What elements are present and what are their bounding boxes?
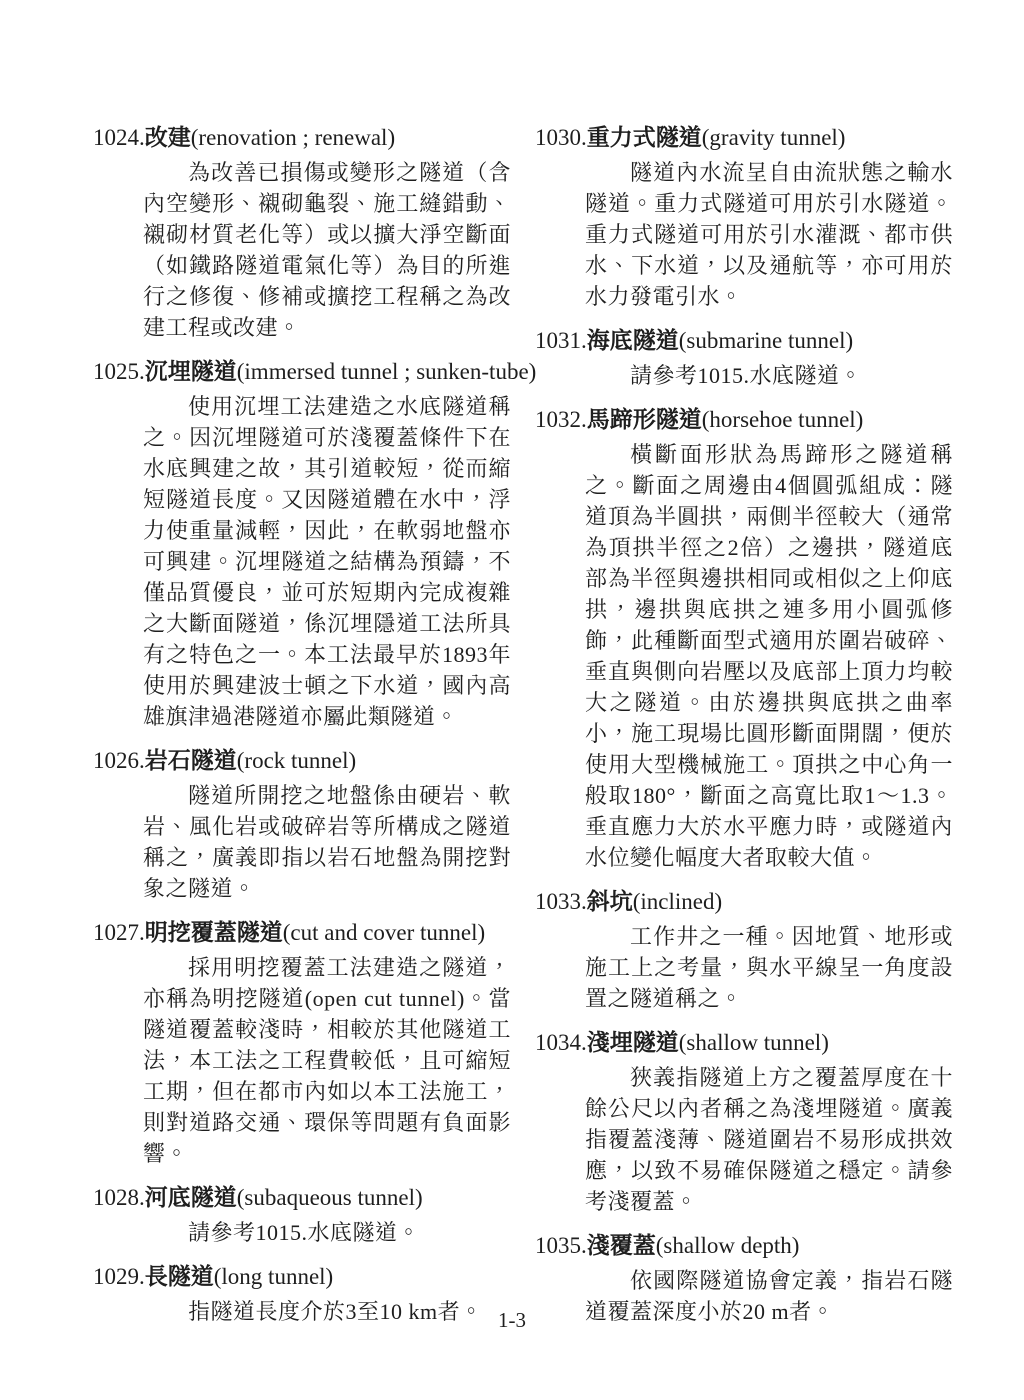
entry-number: 1026.: [93, 748, 145, 773]
entry-heading: 1026.岩石隧道(rock tunnel): [93, 745, 511, 777]
entry-term: 斜坑: [587, 889, 633, 914]
entry-term: 馬蹄形隧道: [587, 407, 702, 432]
entry-definition: 請參考1015.水底隧道。: [585, 360, 953, 391]
entry-term: 長隧道: [145, 1264, 214, 1289]
entry-english: (long tunnel): [214, 1264, 333, 1289]
glossary-entry-1030: 1030.重力式隧道(gravity tunnel) 隧道內水流呈自由流狀態之輸…: [535, 122, 953, 312]
glossary-page: 1024.改建(renovation ; renewal) 為改善已損傷或變形之…: [0, 0, 1024, 1400]
entry-number: 1034.: [535, 1030, 587, 1055]
entry-english: (shallow tunnel): [679, 1030, 829, 1055]
entry-definition: 為改善已損傷或變形之隧道（含內空變形、襯砌龜裂、施工縫錯動、襯砌材質老化等）或以…: [143, 157, 511, 343]
entry-number: 1033.: [535, 889, 587, 914]
glossary-entry-1033: 1033.斜坑(inclined) 工作井之一種。因地質、地形或施工上之考量，與…: [535, 886, 953, 1014]
glossary-entry-1034: 1034.淺埋隧道(shallow tunnel) 狹義指隧道上方之覆蓋厚度在十…: [535, 1027, 953, 1217]
glossary-entry-1031: 1031.海底隧道(submarine tunnel) 請參考1015.水底隧道…: [535, 325, 953, 391]
entry-definition: 採用明挖覆蓋工法建造之隧道，亦稱為明挖隧道(open cut tunnel)。當…: [143, 952, 511, 1169]
entry-heading: 1028.河底隧道(subaqueous tunnel): [93, 1182, 511, 1214]
entry-english: (submarine tunnel): [679, 328, 853, 353]
entry-heading: 1034.淺埋隧道(shallow tunnel): [535, 1027, 953, 1059]
entry-number: 1025.: [93, 359, 145, 384]
entry-term: 明挖覆蓋隧道: [145, 920, 283, 945]
entry-definition: 使用沉埋工法建造之水底隧道稱之。因沉埋隧道可於淺覆蓋條件下在水底興建之故，其引道…: [143, 391, 511, 732]
entry-heading: 1024.改建(renovation ; renewal): [93, 122, 511, 154]
glossary-entry-1032: 1032.馬蹄形隧道(horsehoe tunnel) 橫斷面形狀為馬蹄形之隧道…: [535, 404, 953, 873]
entry-heading: 1029.長隧道(long tunnel): [93, 1261, 511, 1293]
entry-english: (shallow depth): [656, 1233, 800, 1258]
entry-number: 1024.: [93, 125, 145, 150]
entry-term: 淺埋隧道: [587, 1030, 679, 1055]
glossary-entry-1024: 1024.改建(renovation ; renewal) 為改善已損傷或變形之…: [93, 122, 511, 343]
left-column: 1024.改建(renovation ; renewal) 為改善已損傷或變形之…: [93, 122, 511, 1340]
entry-term: 沉埋隧道: [145, 359, 237, 384]
entry-english: (rock tunnel): [237, 748, 356, 773]
entry-number: 1031.: [535, 328, 587, 353]
entry-definition: 狹義指隧道上方之覆蓋厚度在十餘公尺以內者稱之為淺埋隧道。廣義指覆蓋淺薄、隧道圍岩…: [585, 1062, 953, 1217]
glossary-entry-1028: 1028.河底隧道(subaqueous tunnel) 請參考1015.水底隧…: [93, 1182, 511, 1248]
entry-term: 重力式隧道: [587, 125, 702, 150]
entry-definition: 請參考1015.水底隧道。: [143, 1217, 511, 1248]
right-column: 1030.重力式隧道(gravity tunnel) 隧道內水流呈自由流狀態之輸…: [535, 122, 953, 1340]
glossary-entry-1026: 1026.岩石隧道(rock tunnel) 隧道所開挖之地盤係由硬岩、軟岩、風…: [93, 745, 511, 904]
glossary-entry-1025: 1025.沉埋隧道(immersed tunnel ; sunken-tube)…: [93, 356, 511, 732]
entry-term: 河底隧道: [145, 1185, 237, 1210]
entry-heading: 1031.海底隧道(submarine tunnel): [535, 325, 953, 357]
entry-english: (horsehoe tunnel): [702, 407, 864, 432]
entry-definition: 工作井之一種。因地質、地形或施工上之考量，與水平線呈一角度設置之隧道稱之。: [585, 921, 953, 1014]
entry-english: (gravity tunnel): [702, 125, 846, 150]
entry-term: 岩石隧道: [145, 748, 237, 773]
page-number: 1-3: [498, 1308, 526, 1332]
entry-term: 淺覆蓋: [587, 1233, 656, 1258]
entry-english: (inclined): [633, 889, 722, 914]
entry-number: 1028.: [93, 1185, 145, 1210]
entry-english: (immersed tunnel ; sunken-tube): [237, 359, 537, 384]
entry-term: 改建: [145, 125, 191, 150]
entry-number: 1032.: [535, 407, 587, 432]
two-column-layout: 1024.改建(renovation ; renewal) 為改善已損傷或變形之…: [93, 122, 1024, 1340]
entry-heading: 1033.斜坑(inclined): [535, 886, 953, 918]
entry-heading: 1032.馬蹄形隧道(horsehoe tunnel): [535, 404, 953, 436]
entry-number: 1029.: [93, 1264, 145, 1289]
entry-definition: 隧道所開挖之地盤係由硬岩、軟岩、風化岩或破碎岩等所構成之隧道稱之，廣義即指以岩石…: [143, 780, 511, 904]
glossary-entry-1027: 1027.明挖覆蓋隧道(cut and cover tunnel) 採用明挖覆蓋…: [93, 917, 511, 1169]
entry-heading: 1035.淺覆蓋(shallow depth): [535, 1230, 953, 1262]
page-footer: 1-3: [0, 1308, 1024, 1333]
entry-number: 1027.: [93, 920, 145, 945]
entry-number: 1030.: [535, 125, 587, 150]
entry-english: (subaqueous tunnel): [237, 1185, 423, 1210]
entry-heading: 1027.明挖覆蓋隧道(cut and cover tunnel): [93, 917, 511, 949]
entry-definition: 橫斷面形狀為馬蹄形之隧道稱之。斷面之周邊由4個圓弧組成：隧道頂為半圓拱，兩側半徑…: [585, 439, 953, 873]
entry-heading: 1025.沉埋隧道(immersed tunnel ; sunken-tube): [93, 356, 511, 388]
entry-english: (cut and cover tunnel): [283, 920, 485, 945]
entry-definition: 隧道內水流呈自由流狀態之輸水隧道。重力式隧道可用於引水隧道。重力式隧道可用於引水…: [585, 157, 953, 312]
entry-english: (renovation ; renewal): [191, 125, 395, 150]
entry-term: 海底隧道: [587, 328, 679, 353]
entry-heading: 1030.重力式隧道(gravity tunnel): [535, 122, 953, 154]
entry-number: 1035.: [535, 1233, 587, 1258]
